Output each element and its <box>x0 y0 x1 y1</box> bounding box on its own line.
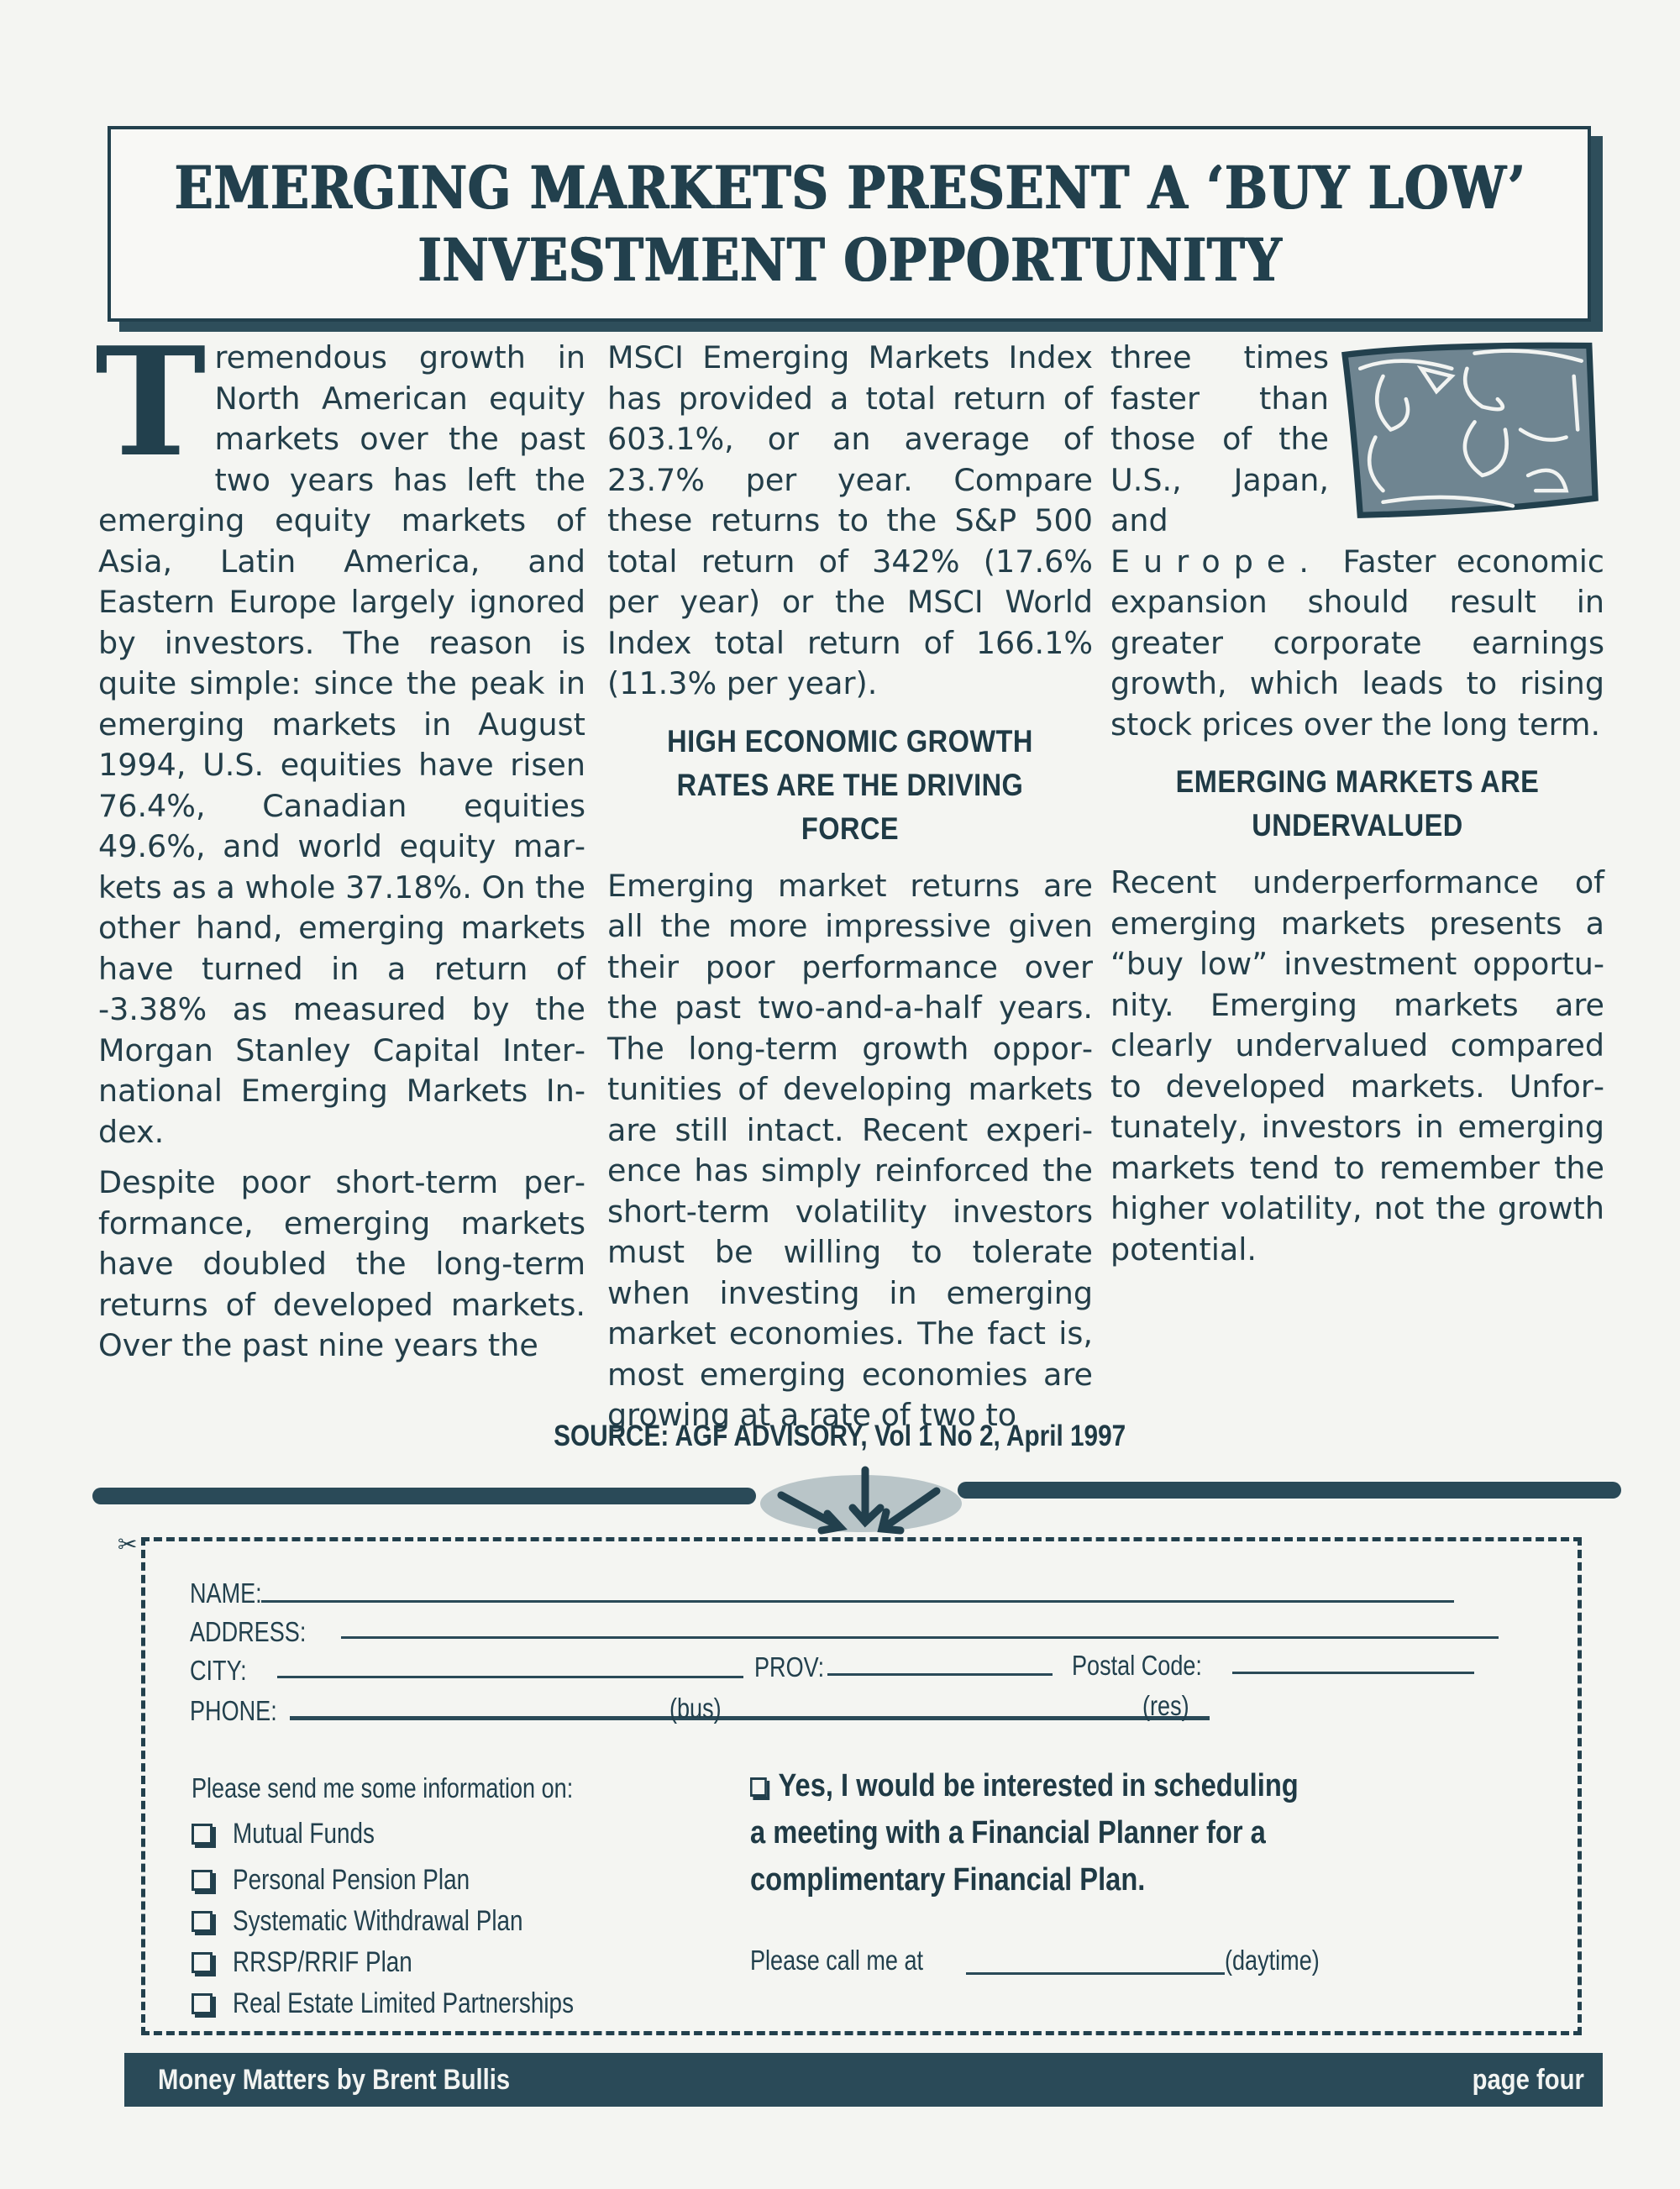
name-label: NAME: <box>190 1577 262 1609</box>
paragraph-text: three times faster than those of the U.S… <box>1110 339 1329 538</box>
prov-field[interactable] <box>827 1673 1053 1676</box>
footer-publication: Money Matters by Brent Bullis <box>158 2064 510 2097</box>
city-field[interactable] <box>277 1676 743 1678</box>
address-field[interactable] <box>341 1636 1499 1639</box>
source-citation: SOURCE: AGF ADVISORY, Vol 1 No 2, April … <box>0 1420 1680 1453</box>
daytime-label: (daytime) <box>1225 1945 1320 1976</box>
checkbox-rrsp-rrif-plan[interactable]: RRSP/RRIF Plan <box>192 1946 452 1979</box>
checkbox-icon[interactable] <box>192 1870 213 1891</box>
phone-field[interactable] <box>290 1716 1210 1720</box>
drop-cap: T <box>95 344 206 462</box>
divider-bar-right <box>958 1482 1621 1499</box>
divider-bar-left <box>92 1488 756 1504</box>
checkbox-icon[interactable] <box>750 1777 767 1797</box>
info-request-prompt: Please send me some information on: <box>192 1772 573 1804</box>
meeting-request-option[interactable]: Yes, I would be interested in scheduling… <box>750 1762 1439 1903</box>
paragraph: Despite poor short-term per­formance, em… <box>98 1163 585 1367</box>
address-label: ADDRESS: <box>190 1616 306 1648</box>
article-column-2: MSCI Emerging Markets Index has provided… <box>607 338 1093 1446</box>
phone-bus-label: (bus) <box>669 1693 722 1724</box>
article-title-line-2: INVESTMENT OPPORTUNITY <box>417 224 1282 297</box>
checkbox-icon[interactable] <box>192 1993 213 2014</box>
checkbox-mutual-funds[interactable]: Mutual Funds <box>192 1818 406 1850</box>
paragraph: Recent underperformance of emerging mark… <box>1110 863 1604 1270</box>
page-footer: Money Matters by Brent Bullis page four <box>124 2053 1603 2107</box>
checkbox-real-estate-limited-partnerships[interactable]: Real Estate Limited Partnerships <box>192 1987 648 2020</box>
paragraph: MSCI Emerging Markets Index has provided… <box>607 338 1093 705</box>
phone-res-label: (res) <box>1142 1690 1189 1722</box>
article-column-1: Tremendous growth in North American equi… <box>98 338 585 1377</box>
article-column-3: three times faster than those of the U.S… <box>1110 338 1604 1280</box>
prov-label: PROV: <box>754 1651 824 1683</box>
paragraph-text: Europe. <box>1110 543 1322 580</box>
subheading-growth-rates: HIGH ECONOMIC GROWTH RATES ARE THE DRIVI… <box>637 720 1064 851</box>
footer-page-number: page four <box>1473 2064 1584 2097</box>
phone-label: PHONE: <box>190 1695 277 1727</box>
checkbox-icon[interactable] <box>192 1911 213 1932</box>
scissors-icon: ✂ <box>118 1530 137 1558</box>
daytime-phone-field[interactable] <box>966 1972 1225 1975</box>
call-me-label: Please call me at <box>750 1945 923 1976</box>
postal-code-label: Postal Code: <box>1072 1650 1202 1682</box>
down-arrows-icon <box>748 1462 974 1546</box>
name-field[interactable] <box>261 1600 1454 1603</box>
paragraph: Tremendous growth in North American equi… <box>98 338 585 1152</box>
checkbox-personal-pension-plan[interactable]: Personal Pension Plan <box>192 1864 522 1897</box>
subheading-undervalued: EMERGING MARKETS ARE UNDERVALUED <box>1140 760 1574 848</box>
paragraph: Emerging market returns are all the more… <box>607 866 1093 1436</box>
article-title-line-1: EMERGING MARKETS PRESENT A ‘BUY LOW’ <box>174 152 1525 224</box>
checkbox-icon[interactable] <box>192 1952 213 1973</box>
checkbox-systematic-withdrawal-plan[interactable]: Systematic Withdrawal Plan <box>192 1905 586 1938</box>
world-map-icon <box>1337 338 1604 529</box>
city-label: CITY: <box>190 1655 247 1687</box>
article-title-box: EMERGING MARKETS PRESENT A ‘BUY LOW’ INV… <box>108 126 1591 322</box>
postal-code-field[interactable] <box>1232 1672 1474 1674</box>
checkbox-icon[interactable] <box>192 1824 213 1845</box>
